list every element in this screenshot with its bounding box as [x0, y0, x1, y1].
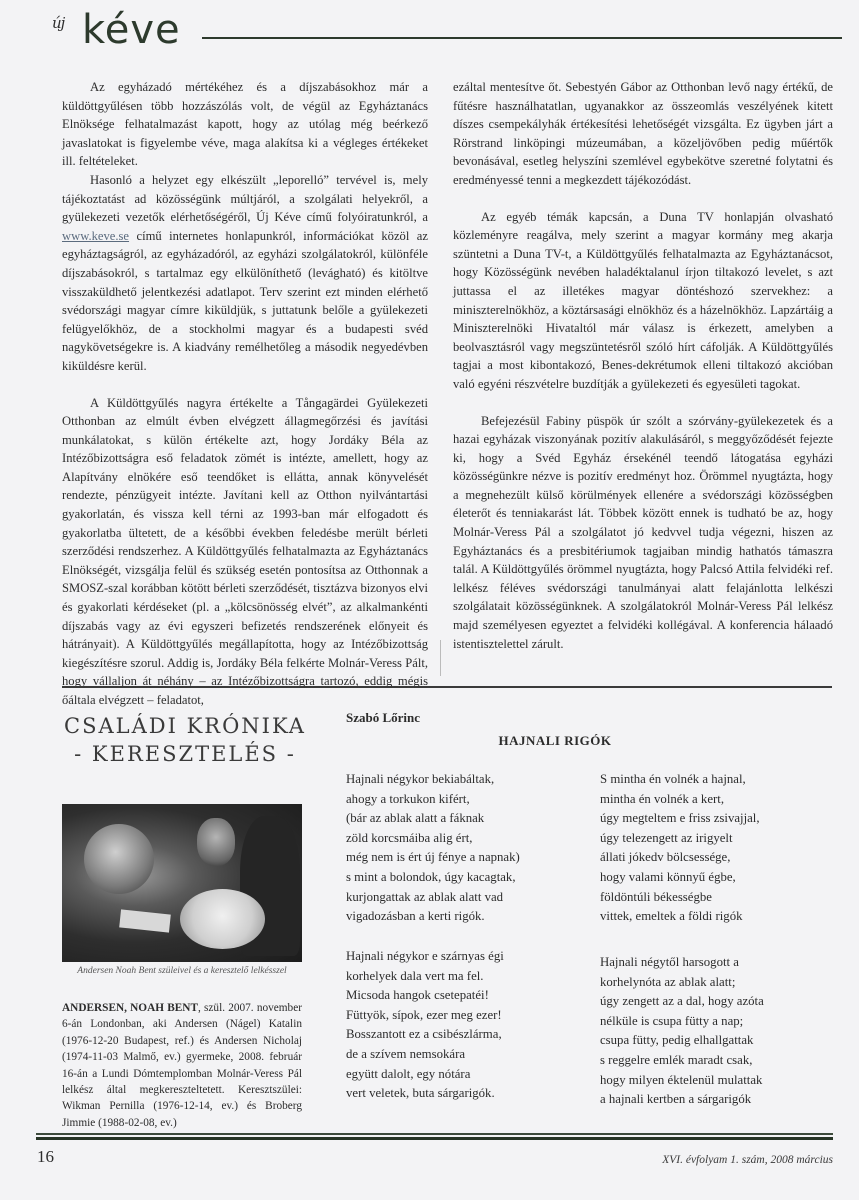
poem-stanza-2: Hajnali négykor e szárnyas égi korhelyek… — [346, 947, 504, 1104]
article-paragraph: Az egyéb témák kapcsán, a Duna TV honlap… — [453, 208, 833, 394]
photo-baby — [180, 889, 265, 949]
masthead-prefix: új — [52, 14, 64, 32]
chronicle-title: CSALÁDI KRÓNIKA - KERESZTELÉS - — [60, 712, 310, 768]
footer-rule-thick — [36, 1137, 833, 1140]
poem-title: HAJNALI RIGÓK — [420, 733, 690, 749]
article-right-column: ezáltal mentesítve őt. Sebestyén Gábor a… — [453, 78, 833, 653]
column-divider — [440, 640, 441, 676]
photo-figure-pastor — [84, 824, 154, 894]
poem-stanza-1: Hajnali négykor bekiabáltak, ahogy a tor… — [346, 770, 520, 927]
article-left-column: Az egyházadó mértékéhez és a díjszabások… — [62, 78, 428, 710]
masthead: új kéve — [52, 6, 842, 56]
article-paragraph: ezáltal mentesítve őt. Sebestyén Gábor a… — [453, 78, 833, 190]
article-paragraph: A Küldöttgyűlés nagyra értékelte a Tånga… — [62, 394, 428, 710]
website-link[interactable]: www.keve.se — [62, 229, 129, 243]
poem-stanza-4: Hajnali négytől harsogott a korhelynóta … — [600, 953, 764, 1110]
baptism-photo — [62, 804, 302, 962]
issue-info: XVI. évfolyam 1. szám, 2008 március — [662, 1154, 833, 1166]
page-number: 16 — [37, 1147, 54, 1167]
article-paragraph: Az egyházadó mértékéhez és a díjszabások… — [62, 78, 428, 171]
photo-book — [119, 909, 171, 932]
masthead-title: kéve — [82, 10, 181, 50]
photo-caption: Andersen Noah Bent szüleivel és a keresz… — [62, 966, 302, 976]
baptism-entry-text: , szül. 2007. november 6-án Londonban, a… — [62, 1002, 302, 1129]
poem-stanza-3: S mintha én volnék a hajnal, mintha én v… — [600, 770, 760, 927]
poem-author: Szabó Lőrinc — [346, 710, 420, 726]
photo-figure-father — [197, 818, 235, 866]
baptism-entry: ANDERSEN, NOAH BENT, szül. 2007. novembe… — [62, 1000, 302, 1131]
article-paragraph: Befejezésül Fabiny püspök úr szólt a szó… — [453, 412, 833, 654]
baptism-entry-name: ANDERSEN, NOAH BENT — [62, 1002, 198, 1014]
footer-rule — [36, 1133, 833, 1135]
article-paragraph: Hasonló a helyzet egy elkészült „leporel… — [62, 171, 428, 376]
masthead-rule — [202, 37, 842, 39]
section-separator — [62, 686, 832, 688]
